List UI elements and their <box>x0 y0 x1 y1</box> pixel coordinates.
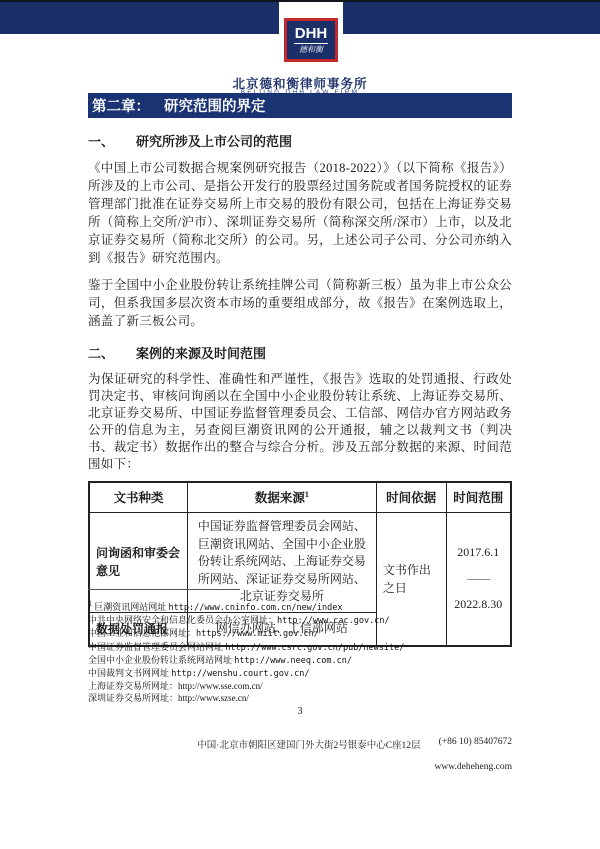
footer-phone: (+86 10) 85407672 <box>439 737 512 751</box>
chapter-number: 第二章： <box>92 95 150 116</box>
footnote-url: http://wenshu.court.gov.cn/ <box>171 669 309 679</box>
time-range-start: 2017.6.1 <box>457 545 499 560</box>
section-1-title: 研究所涉及上市公司的范围 <box>136 131 292 150</box>
footnotes-block: 1 巨潮资讯网站网址 http://www.cninfo.com.cn/new/… <box>88 589 512 705</box>
footer-address-row: 中国·北京市朝阳区建国门外大街2号银泰中心C座12层 (+86 10) 8540… <box>88 737 512 751</box>
footnote-url: http://www.csrc.gov.cn/pub/newsite/ <box>225 643 404 653</box>
footnote-line: 上海证券交易所网址：http://www.sse.com.cn/ <box>88 680 512 692</box>
chapter-title: 研究范围的界定 <box>164 95 266 116</box>
footnote-label: 深圳证券交易所网址： <box>88 693 178 703</box>
footer-website: www.deheheng.com <box>88 762 512 772</box>
logo-panel: DHH 德和衡 <box>279 2 343 76</box>
footnote-url: http://www.sse.com.cn/ <box>178 681 263 691</box>
col-header-time-range: 时间范围 <box>446 482 511 512</box>
logo-divider <box>294 43 328 44</box>
section-1-paragraph-2: 鉴于全国中小企业股份转让系统挂牌公司（简称新三板）虽为非上市公众公司，但系我国多… <box>88 276 512 330</box>
footnote-label: 上海证券交易所网址： <box>88 681 178 691</box>
footnote-line: 中共中央网络安全和信息化委员会办公室网址：http://www.cac.gov.… <box>88 614 512 627</box>
section-2-title: 案例的来源及时间范围 <box>136 343 266 362</box>
footnote-line: 中国裁判文书网网址 http://wenshu.court.gov.cn/ <box>88 667 512 680</box>
footnote-label: 全国中小企业股份转让系统网站网址 <box>88 655 234 665</box>
footnote-label: 中国工业和信息化部网址： <box>88 628 196 638</box>
footnote-separator-line <box>88 589 240 590</box>
footer-address: 中国·北京市朝阳区建国门外大街2号银泰中心C座12层 <box>197 737 420 751</box>
footnote-line: 深圳证券交易所网址：http://www.szse.cn/ <box>88 692 512 704</box>
footnote-line: 中国工业和信息化部网址：https://www.miit.gov.cn/ <box>88 627 512 640</box>
footnote-line: 中国证券监督管理委员会网站网址 http://www.csrc.gov.cn/p… <box>88 641 512 654</box>
footnote-url: http://www.szse.cn/ <box>178 693 249 703</box>
footnote-url: http://www.cac.gov.cn/ <box>277 616 390 626</box>
table-header-row: 文书种类 数据来源1 时间依据 时间范围 <box>89 482 511 512</box>
section-1-heading: 一、 研究所涉及上市公司的范围 <box>88 131 512 150</box>
footnote-marker-ref: 1 <box>305 490 309 499</box>
col-header-data-source: 数据来源1 <box>187 482 376 512</box>
document-page: DHH 德和衡 北京德和衡律师事务所 BEIJING DHH LAW FIRM … <box>0 0 600 849</box>
footnote-label: 中共中央网络安全和信息化委员会办公室网址： <box>88 615 277 625</box>
document-body: 第二章： 研究范围的界定 一、 研究所涉及上市公司的范围 《中国上市公司数据合规… <box>88 93 512 647</box>
time-range-dash: —— <box>467 571 489 586</box>
chapter-title-bar: 第二章： 研究范围的界定 <box>88 93 512 118</box>
footnote-label: 巨潮资讯网站网址 <box>94 602 168 612</box>
footnote-label: 中国裁判文书网网址 <box>88 668 171 678</box>
col-header-time-basis: 时间依据 <box>376 482 446 512</box>
footnote-label: 中国证券监督管理委员会网站网址 <box>88 642 225 652</box>
section-2-heading: 二、 案例的来源及时间范围 <box>88 343 512 362</box>
section-1-number: 一、 <box>88 131 136 150</box>
page-number: 3 <box>0 706 600 717</box>
footnote-line: 1 巨潮资讯网站网址 http://www.cninfo.com.cn/new/… <box>88 598 512 614</box>
logo-script-text: 德和衡 <box>299 45 323 55</box>
section-1-paragraph-1: 《中国上市公司数据合规案例研究报告（2018-2022）》（以下简称《报告》）所… <box>88 159 512 267</box>
col-header-doc-type: 文书种类 <box>89 482 187 512</box>
section-2-paragraph-1: 为保证研究的科学性、准确性和严谨性，《报告》选取的处罚通报、行政处罚决定书、审核… <box>88 371 512 473</box>
footnote-url: http://www.neeq.com.cn/ <box>234 656 352 666</box>
footnote-line: 全国中小企业股份转让系统网站网址 http://www.neeq.com.cn/ <box>88 654 512 667</box>
footnote-marker: 1 <box>88 599 92 608</box>
dhh-logo: DHH 德和衡 <box>284 18 338 62</box>
section-2-number: 二、 <box>88 343 136 362</box>
footnote-url: http://www.cninfo.com.cn/new/index <box>169 603 343 613</box>
footnote-url: https://www.miit.gov.cn/ <box>196 629 319 639</box>
logo-dhh-text: DHH <box>295 26 328 42</box>
